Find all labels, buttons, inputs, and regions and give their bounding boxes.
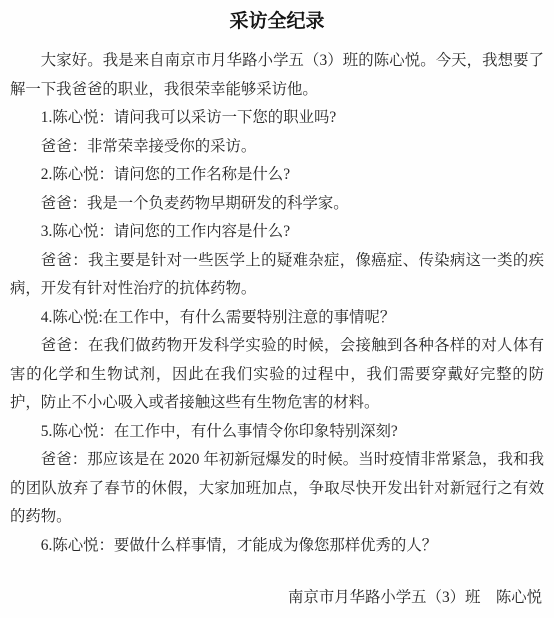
- document-title: 采访全纪录: [10, 9, 544, 35]
- intro-paragraph: 大家好。我是来自南京市月华路小学五（3）班的陈心悦。今天，我想要了解一下我爸爸的…: [10, 47, 544, 104]
- question-1: 1.陈心悦：请问我可以采访一下您的职业吗?: [10, 104, 544, 133]
- signature-line: 南京市月华路小学五（3）班 陈心悦: [10, 584, 544, 613]
- answer-5: 爸爸：那应该是在 2020 年初新冠爆发的时候。当时疫情非常紧急，我和我的团队放…: [10, 446, 544, 532]
- question-3: 3.陈心悦：请问您的工作内容是什么?: [10, 218, 544, 247]
- answer-3: 爸爸：我主要是针对一些医学上的疑难杂症，像癌症、传染病这一类的疾病，开发有针对性…: [10, 247, 544, 304]
- answer-4: 爸爸：在我们做药物开发科学实验的时候，会接触到各种各样的对人体有害的化学和生物试…: [10, 332, 544, 418]
- question-2: 2.陈心悦：请问您的工作名称是什么?: [10, 161, 544, 190]
- answer-2: 爸爸：我是一个负麦药物早期研发的科学家。: [10, 190, 544, 219]
- question-5: 5.陈心悦：在工作中，有什么事情令你印象特别深刻?: [10, 418, 544, 447]
- question-6: 6.陈心悦：要做什么样事情，才能成为像您那样优秀的人？: [10, 532, 544, 561]
- document-page: 采访全纪录 大家好。我是来自南京市月华路小学五（3）班的陈心悦。今天，我想要了解…: [0, 0, 554, 618]
- question-4: 4.陈心悦:在工作中，有什么需要特别注意的事情呢？: [10, 304, 544, 333]
- answer-1: 爸爸：非常荣幸接受你的采访。: [10, 133, 544, 162]
